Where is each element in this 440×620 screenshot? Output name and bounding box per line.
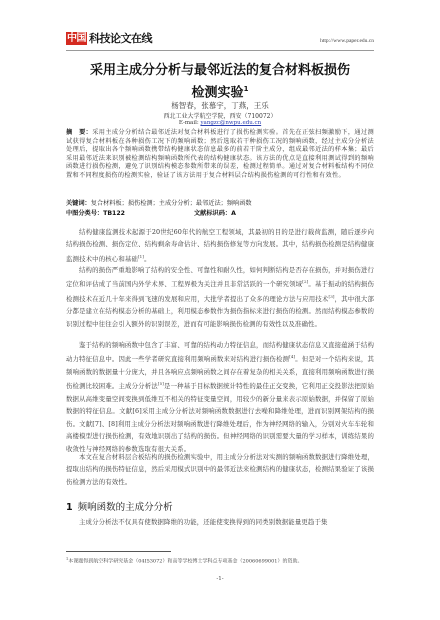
page-number: -1- bbox=[0, 576, 440, 582]
logo-red-block: 中国 bbox=[66, 32, 87, 45]
title-text: 检测实验 bbox=[192, 85, 244, 100]
paragraph-tail: 是一种基于目标数据统计特性的最佳正交变换，它利用正交投影法把原始数据从高维变量空… bbox=[66, 382, 374, 452]
footnote: 1本课题得到航空科学研究基金（04I53072）和高等学校博士学科点专项基金（2… bbox=[66, 557, 376, 565]
section-first-line: 主成分分析法不仅具有使数据降维的功能，还能使变换得到的同类别数据能量更趋于集 bbox=[66, 516, 374, 528]
section-number: 1 bbox=[66, 502, 73, 513]
clc-value: TB122 bbox=[103, 210, 125, 217]
paragraph-2: 结构的损伤严重地影响了结构的安全性、可靠性和耐久性，如何判断结构是否存在损伤，并… bbox=[66, 264, 374, 330]
authors: 杨智春，张慕宇，丁燕，王乐 bbox=[40, 100, 400, 111]
title-footnote-mark: 1 bbox=[244, 85, 249, 93]
keywords-text: 复合材料板；损伤检测；主成分分析；最邻近法；频响函数 bbox=[91, 200, 252, 207]
paper-title-line2: 检测实验1 bbox=[40, 80, 400, 102]
journal-url[interactable]: http://www.paper.edu.cn bbox=[320, 38, 374, 44]
clc-label: 中图分类号： bbox=[66, 210, 103, 217]
paragraph-3: 鉴于结构的频响函数中包含了丰富、可靠的结构动力特征信息，而结构健康状态信息又直接… bbox=[66, 339, 374, 455]
paper-title-line1: 采用主成分分析与最邻近法的复合材料板损伤 bbox=[40, 62, 400, 80]
email-line: E-mail: yangzc@nwpu.edu.cn bbox=[40, 120, 400, 126]
doc-label: 文献标识码： bbox=[194, 210, 231, 217]
journal-header: 中国 科技论文在线 http://www.paper.edu.cn bbox=[66, 30, 374, 51]
email-link[interactable]: yangzc@nwpu.edu.cn bbox=[200, 120, 261, 126]
keywords-label: 关键词： bbox=[66, 200, 91, 207]
section-heading: 1频响函数的主成分分析 bbox=[66, 499, 173, 513]
paragraph-text: 本文在复合材料层合板结构的损伤检测实验中，用主成分分析法对实测的频响函数数据进行… bbox=[66, 453, 374, 486]
keywords: 关键词：复合材料板；损伤检测；主成分分析；最邻近法；频响函数 bbox=[66, 198, 374, 207]
journal-logo: 中国 科技论文在线 bbox=[66, 32, 152, 45]
paragraph-4: 本文在复合材料层合板结构的损伤检测实验中，用主成分分析法对实测的频响函数数据进行… bbox=[66, 451, 374, 488]
classification-row: 中图分类号：TB122 文献标识码：A bbox=[66, 208, 374, 217]
paragraph-tail: 。 bbox=[144, 255, 151, 263]
section-title: 频响函数的主成分分析 bbox=[78, 502, 173, 513]
doc-value: A bbox=[231, 210, 236, 217]
abstract-label: 摘 要： bbox=[66, 129, 92, 136]
doc-code: 文献标识码：A bbox=[194, 208, 236, 217]
footnote-divider bbox=[66, 551, 171, 552]
affiliation: 西北工业大学航空学院，西安（710072） bbox=[40, 111, 400, 120]
abstract: 摘 要：采用主成分分析结合最邻近法对复合材料板进行了损伤检测实验。首先在正弦扫频… bbox=[66, 129, 374, 181]
paragraph-1: 结构健康监测技术起源于20世纪60年代的航空工程领域，其最初的目的是进行载荷监测… bbox=[66, 226, 374, 265]
logo-text: 科技论文在线 bbox=[89, 32, 152, 45]
paragraph-text: 结构健康监测技术起源于20世纪60年代的航空工程领域，其最初的目的是进行载荷监测… bbox=[66, 228, 374, 263]
abstract-text: 采用主成分分析结合最邻近法对复合材料板进行了损伤检测实验。首先在正弦扫频激励下，… bbox=[66, 129, 374, 179]
footnote-text: 本课题得到航空科学研究基金（04I53072）和高等学校博士学科点专项基金（20… bbox=[68, 559, 302, 565]
email-label: E-mail: bbox=[179, 120, 201, 126]
